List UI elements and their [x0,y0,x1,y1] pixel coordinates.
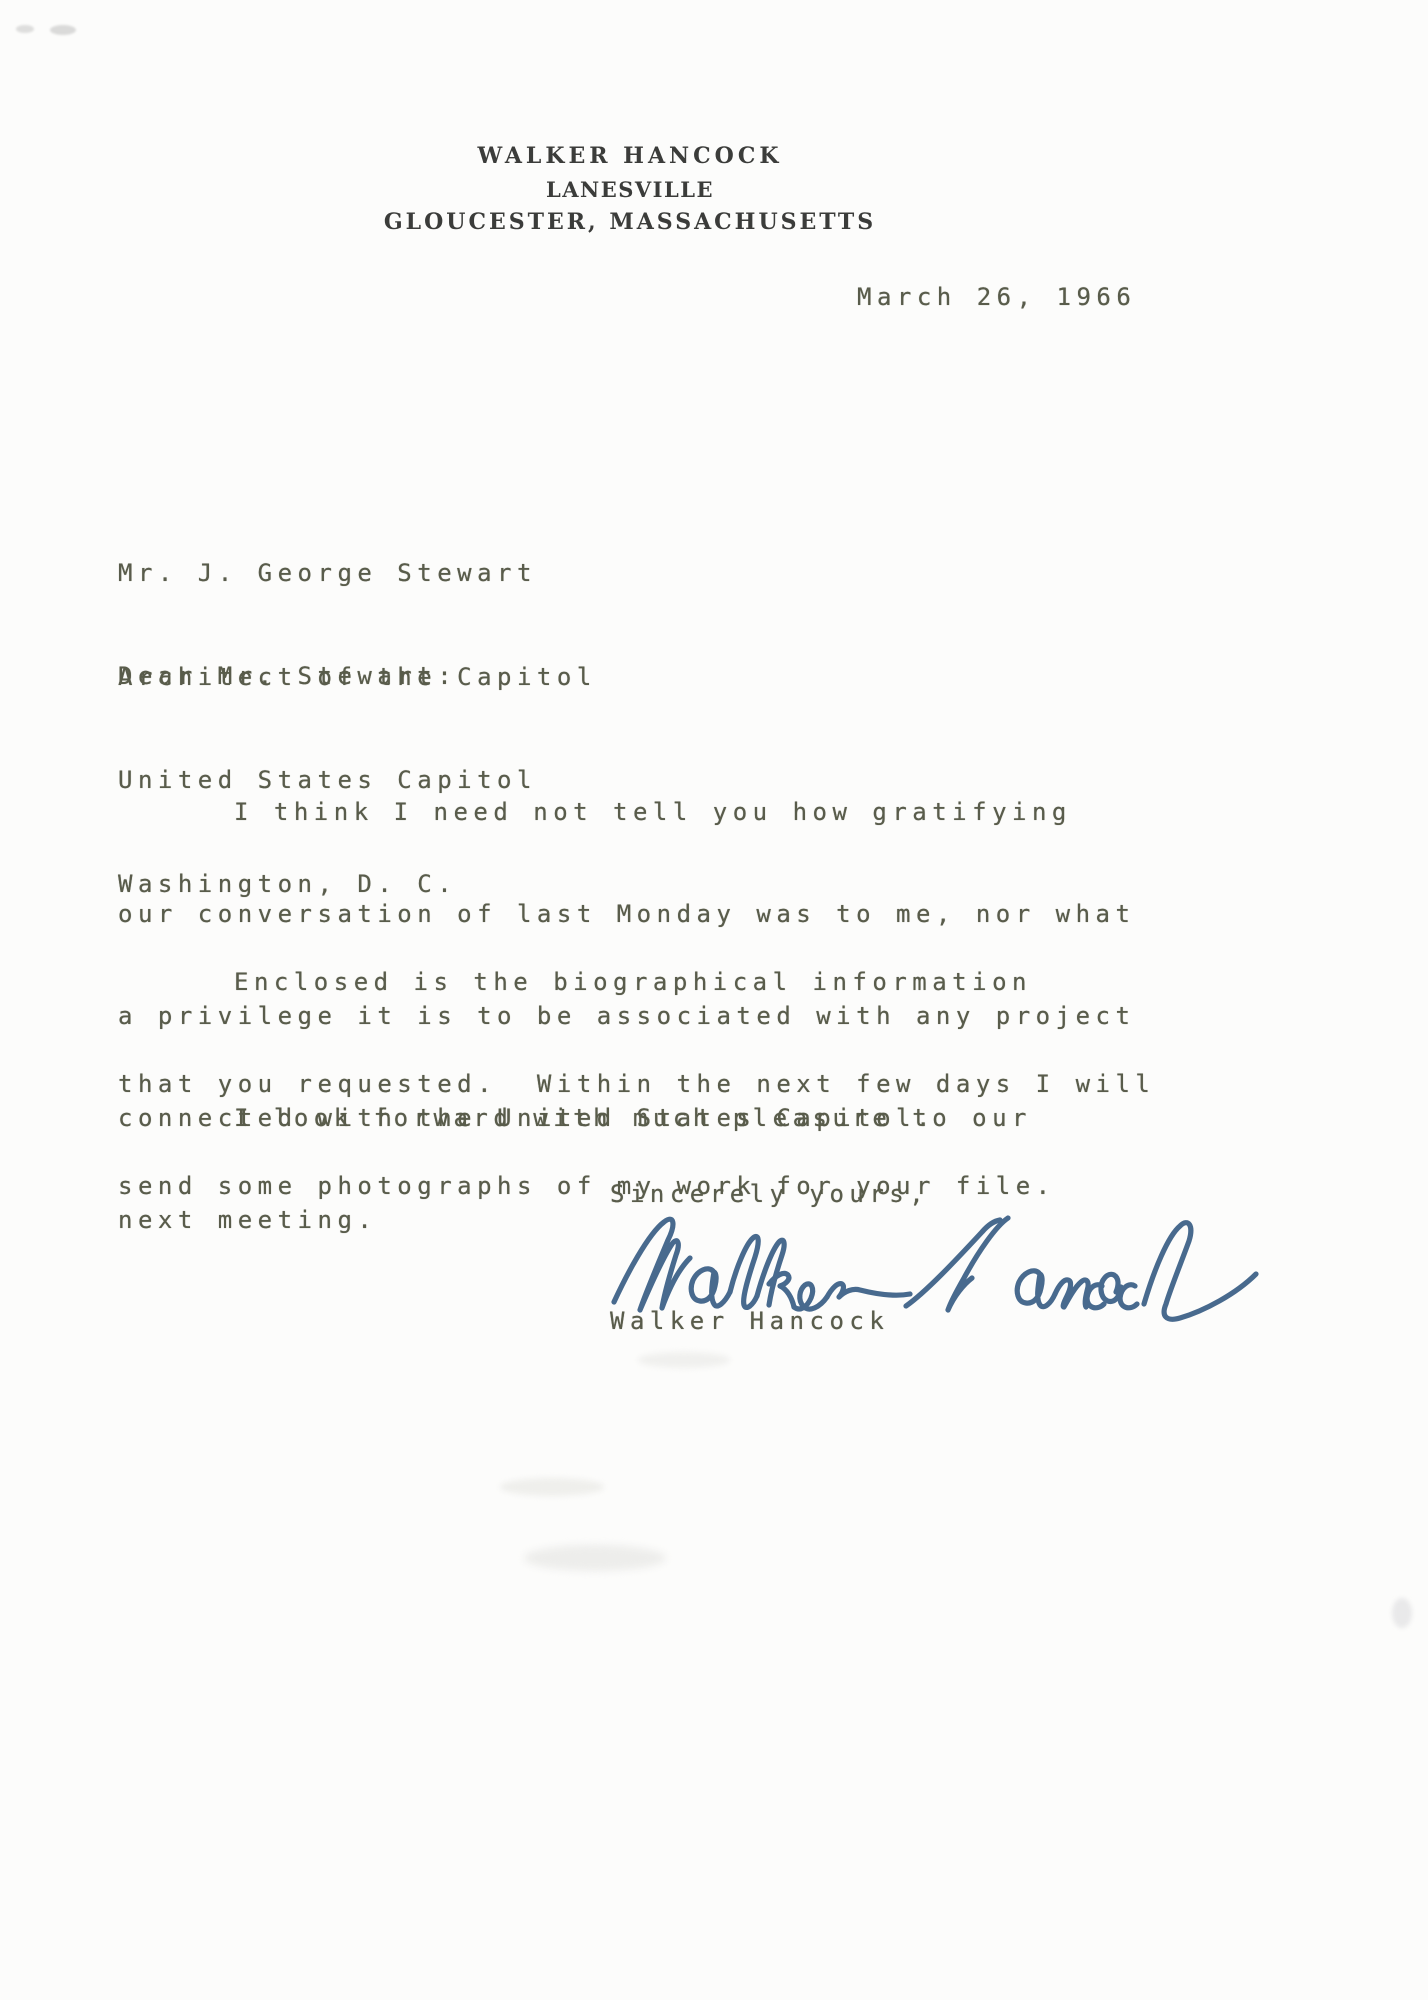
scan-smudge [1392,1598,1412,1628]
letter-page: WALKER HANCOCK LANESVILLE GLOUCESTER, MA… [0,0,1428,2000]
paragraph-3-line: I look forward with much pleasure to our [118,1101,1032,1135]
scan-smudge [638,1352,730,1368]
letterhead-locality: LANESVILLE [230,173,1030,206]
paragraph-2-line: Enclosed is the biographical information [118,965,1155,999]
scan-smudge [50,25,76,35]
letterhead-name: WALKER HANCOCK [230,140,1030,173]
closing-valediction: Sincerely yours, [610,1177,929,1211]
scan-smudge [500,1478,604,1496]
date-line: March 26, 1966 [857,280,1136,314]
letterhead: WALKER HANCOCK LANESVILLE GLOUCESTER, MA… [230,140,1030,239]
typed-signature-name: Walker Hancock [610,1304,889,1338]
recipient-name: Mr. J. George Stewart [118,556,597,591]
paragraph-1-line: I think I need not tell you how gratifyi… [118,795,1135,829]
scan-smudge [16,25,34,33]
scan-smudge [524,1545,666,1571]
letterhead-city-state: GLOUCESTER, MASSACHUSETTS [230,206,1030,239]
salutation: Dear Mr. Stewart: [118,659,457,693]
